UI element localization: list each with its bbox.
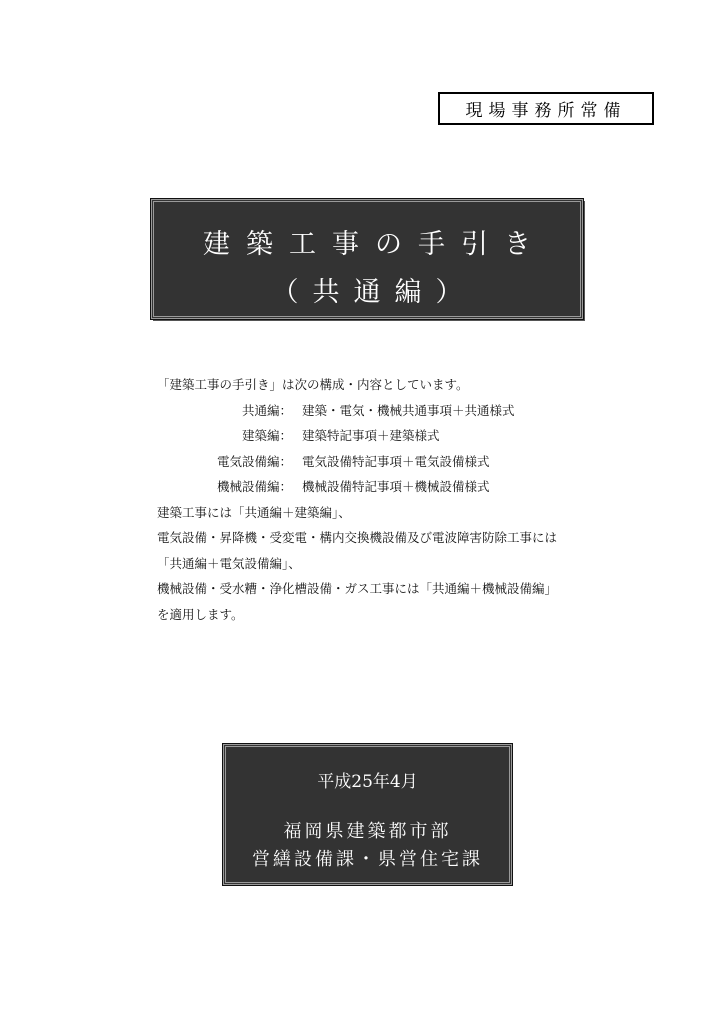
- publisher-sections: 営繕設備課・県営住宅課: [226, 845, 509, 871]
- application-line: 建築工事には「共通編＋建築編」、: [157, 500, 617, 526]
- intro-text: 「建築工事の手引き」は次の構成・内容としています。: [157, 372, 617, 398]
- application-line: 「共通編＋電気設備編」、: [157, 551, 617, 577]
- definition-key: 機械設備編：: [157, 474, 292, 500]
- definition-row: 建築編： 建築特記事項＋建築様式: [157, 423, 617, 449]
- definition-row: 機械設備編： 機械設備特記事項＋機械設備様式: [157, 474, 617, 500]
- application-line: 電気設備・昇降機・受変電・構内交換機設備及び電波障害防除工事には: [157, 525, 617, 551]
- application-line: を適用します。: [157, 602, 617, 628]
- description-section: 「建築工事の手引き」は次の構成・内容としています。 共通編： 建築・電気・機械共…: [157, 372, 617, 627]
- definition-value: 建築・電気・機械共通事項＋共通様式: [302, 398, 515, 424]
- definition-row: 電気設備編： 電気設備特記事項＋電気設備様式: [157, 449, 617, 475]
- definition-key: 共通編：: [157, 398, 292, 424]
- storage-label-badge: 現場事務所常備: [438, 92, 654, 125]
- document-subtitle: （共通編）: [154, 270, 580, 309]
- definition-key: 建築編：: [157, 423, 292, 449]
- title-panel: 建築工事の手引き （共通編）: [151, 199, 583, 319]
- definition-key: 電気設備編：: [157, 449, 292, 475]
- publication-date: 平成25年4月: [226, 767, 509, 792]
- definition-value: 電気設備特記事項＋電気設備様式: [302, 449, 490, 475]
- definition-value: 機械設備特記事項＋機械設備様式: [302, 474, 490, 500]
- document-title: 建築工事の手引き: [154, 222, 580, 261]
- definition-row: 共通編： 建築・電気・機械共通事項＋共通様式: [157, 398, 617, 424]
- publisher-panel: 平成25年4月 福岡県建築都市部 営繕設備課・県営住宅課: [223, 744, 512, 885]
- publisher-department: 福岡県建築都市部: [226, 817, 509, 843]
- badge-text: 現場事務所常備: [466, 96, 627, 121]
- application-line: 機械設備・受水糟・浄化槽設備・ガス工事には「共通編＋機械設備編」: [157, 576, 617, 602]
- definition-value: 建築特記事項＋建築様式: [302, 423, 440, 449]
